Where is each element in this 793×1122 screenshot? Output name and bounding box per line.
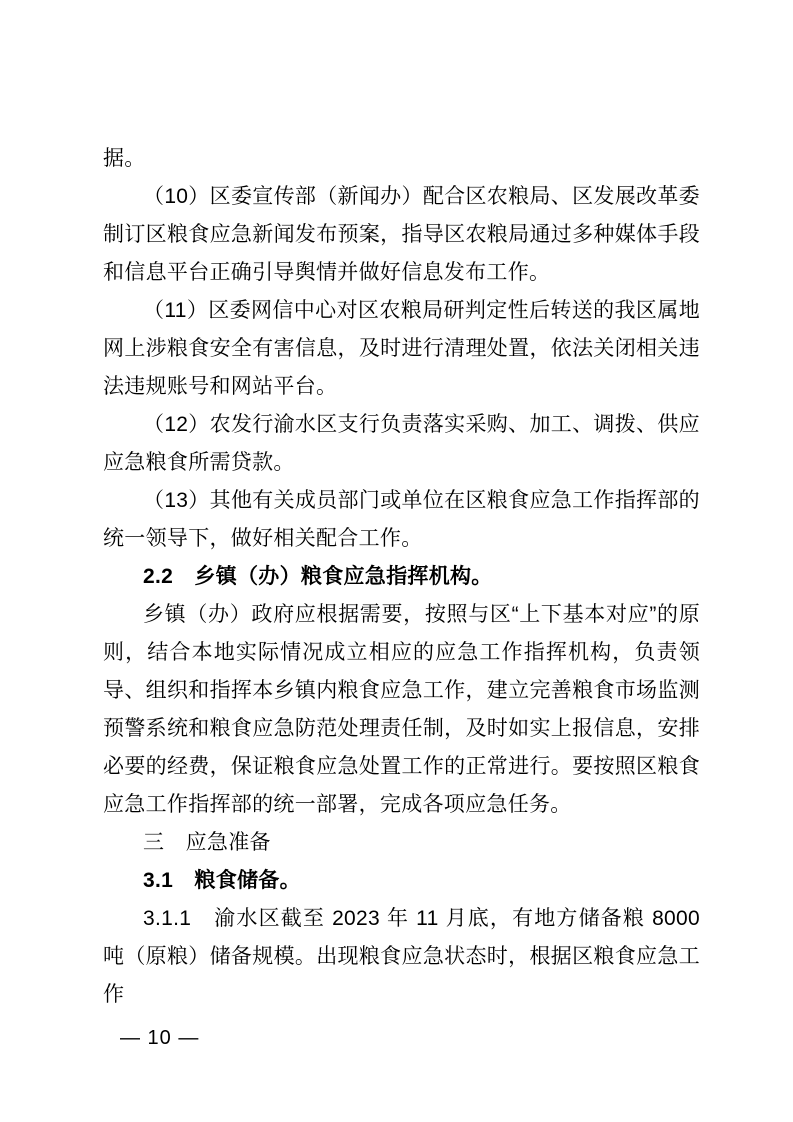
paragraph-item-12: （12）农发行渝水区支行负责落实采购、加工、调拨、供应应急粮食所需贷款。 (103, 406, 700, 482)
paragraph-continuation: 据。 (103, 140, 700, 178)
document-body: 据。 （10）区委宣传部（新闻办）配合区农粮局、区发展改革委制订区粮食应急新闻发… (103, 140, 700, 1014)
paragraph-item-13: （13）其他有关成员部门或单位在区粮食应急工作指挥部的统一领导下，做好相关配合工… (103, 482, 700, 558)
paragraph-item-11: （11）区委网信中心对区农粮局研判定性后转送的我区属地网上涉粮食安全有害信息，及… (103, 292, 700, 406)
section-heading-2-2: 2.2 乡镇（办）粮食应急指挥机构。 (103, 558, 700, 596)
section-heading-3-1: 3.1 粮食储备。 (103, 862, 700, 900)
paragraph-item-10: （10）区委宣传部（新闻办）配合区农粮局、区发展改革委制订区粮食应急新闻发布预案… (103, 178, 700, 292)
chapter-heading-3: 三 应急准备 (103, 824, 700, 862)
paragraph-3-1-1: 3.1.1 渝水区截至 2023 年 11 月底，有地方储备粮 8000 吨（原… (103, 900, 700, 1014)
page-number: — 10 — (120, 1024, 199, 1052)
paragraph-township-duties: 乡镇（办）政府应根据需要，按照与区“上下基本对应”的原则，结合本地实际情况成立相… (103, 596, 700, 824)
document-page: 据。 （10）区委宣传部（新闻办）配合区农粮局、区发展改革委制订区粮食应急新闻发… (0, 0, 793, 1122)
